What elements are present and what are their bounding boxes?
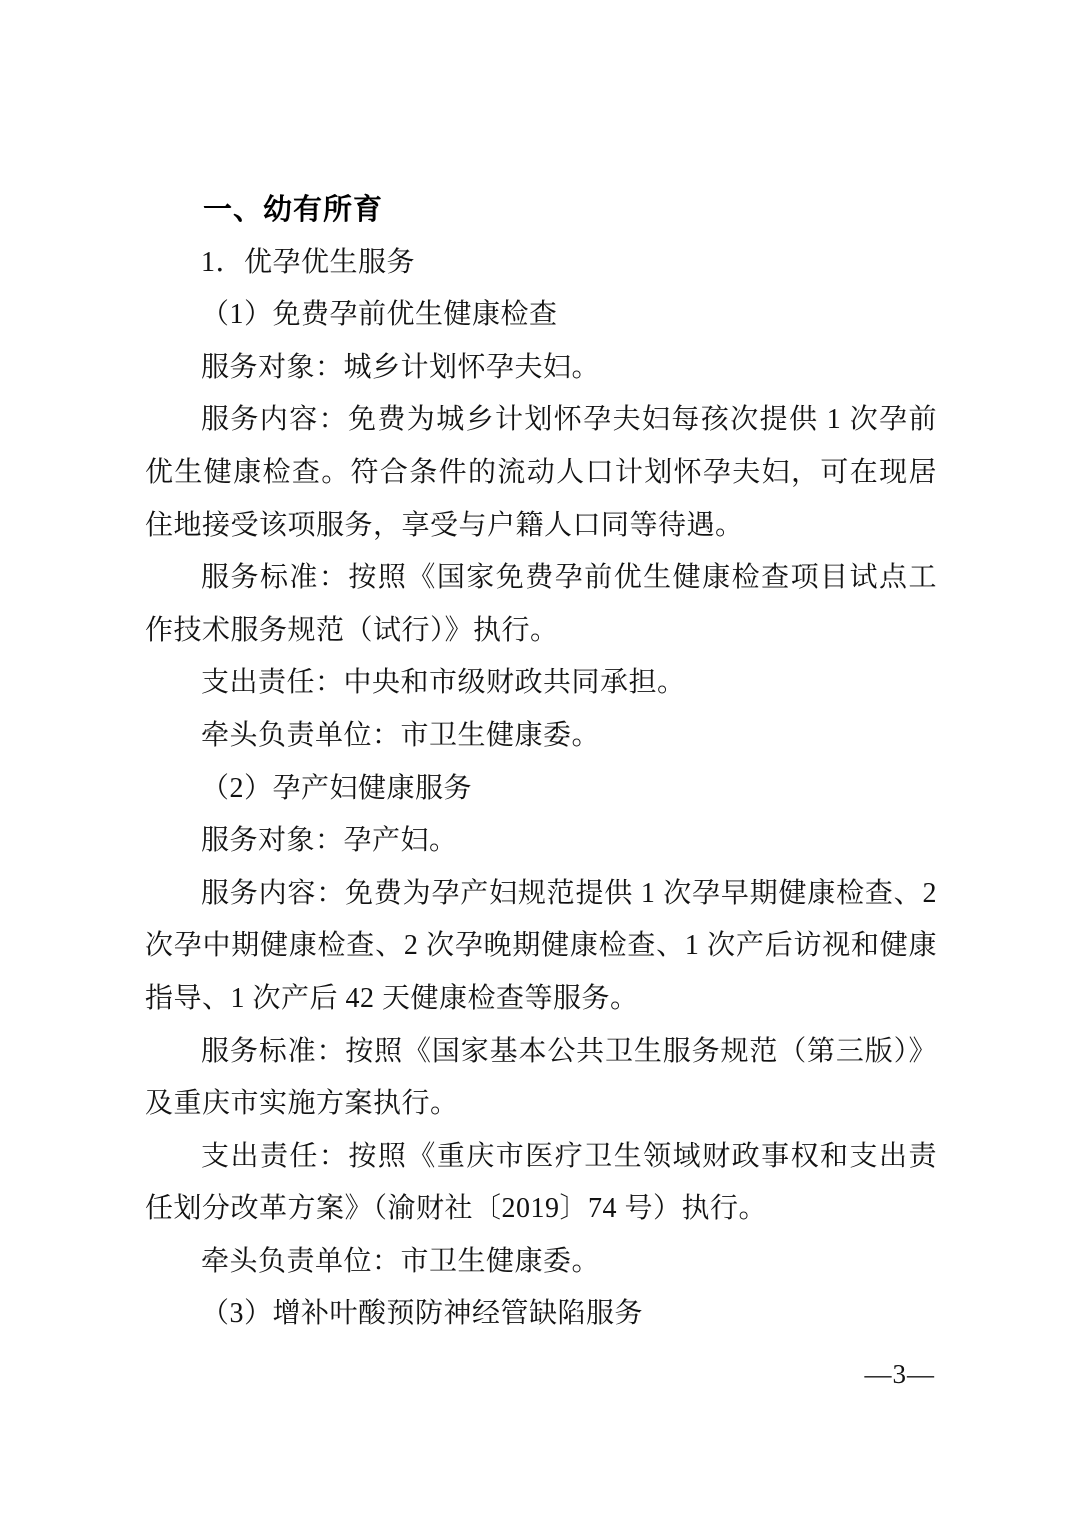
paragraph-subitem-3-title: （3）增补叶酸预防神经管缺陷服务 bbox=[145, 1288, 937, 1341]
paragraph-service-target: 服务对象：孕产妇。 bbox=[145, 815, 937, 868]
paragraph-service-content: 服务内容：免费为孕产妇规范提供 1 次孕早期健康检查、2 次孕中期健康检查、2 … bbox=[145, 868, 937, 1026]
paragraph-service-target: 服务对象：城乡计划怀孕夫妇。 bbox=[145, 342, 937, 395]
paragraph-numbered-item: 1．优孕优生服务 bbox=[145, 237, 937, 290]
paragraph-service-standard: 服务标准：按照《国家基本公共卫生服务规范（第三版）》及重庆市实施方案执行。 bbox=[145, 1026, 937, 1131]
section-heading: 一、幼有所育 bbox=[145, 184, 937, 237]
document-page: 一、幼有所育 1．优孕优生服务 （1）免费孕前优生健康检查 服务对象：城乡计划怀… bbox=[0, 0, 1074, 1520]
paragraph-lead-unit: 牵头负责单位：市卫生健康委。 bbox=[145, 710, 937, 763]
paragraph-subitem-1-title: （1）免费孕前优生健康检查 bbox=[145, 289, 937, 342]
page-number: —3— bbox=[865, 1356, 936, 1392]
paragraph-expenditure-responsibility: 支出责任：中央和市级财政共同承担。 bbox=[145, 657, 937, 710]
paragraph-lead-unit: 牵头负责单位：市卫生健康委。 bbox=[145, 1236, 937, 1289]
paragraph-expenditure-responsibility: 支出责任：按照《重庆市医疗卫生领域财政事权和支出责任划分改革方案》（渝财社〔20… bbox=[145, 1131, 937, 1236]
paragraph-service-standard: 服务标准：按照《国家免费孕前优生健康检查项目试点工作技术服务规范（试行）》执行。 bbox=[145, 552, 937, 657]
document-body: 一、幼有所育 1．优孕优生服务 （1）免费孕前优生健康检查 服务对象：城乡计划怀… bbox=[145, 184, 937, 1341]
paragraph-service-content: 服务内容：免费为城乡计划怀孕夫妇每孩次提供 1 次孕前优生健康检查。符合条件的流… bbox=[145, 394, 937, 552]
paragraph-subitem-2-title: （2）孕产妇健康服务 bbox=[145, 763, 937, 816]
